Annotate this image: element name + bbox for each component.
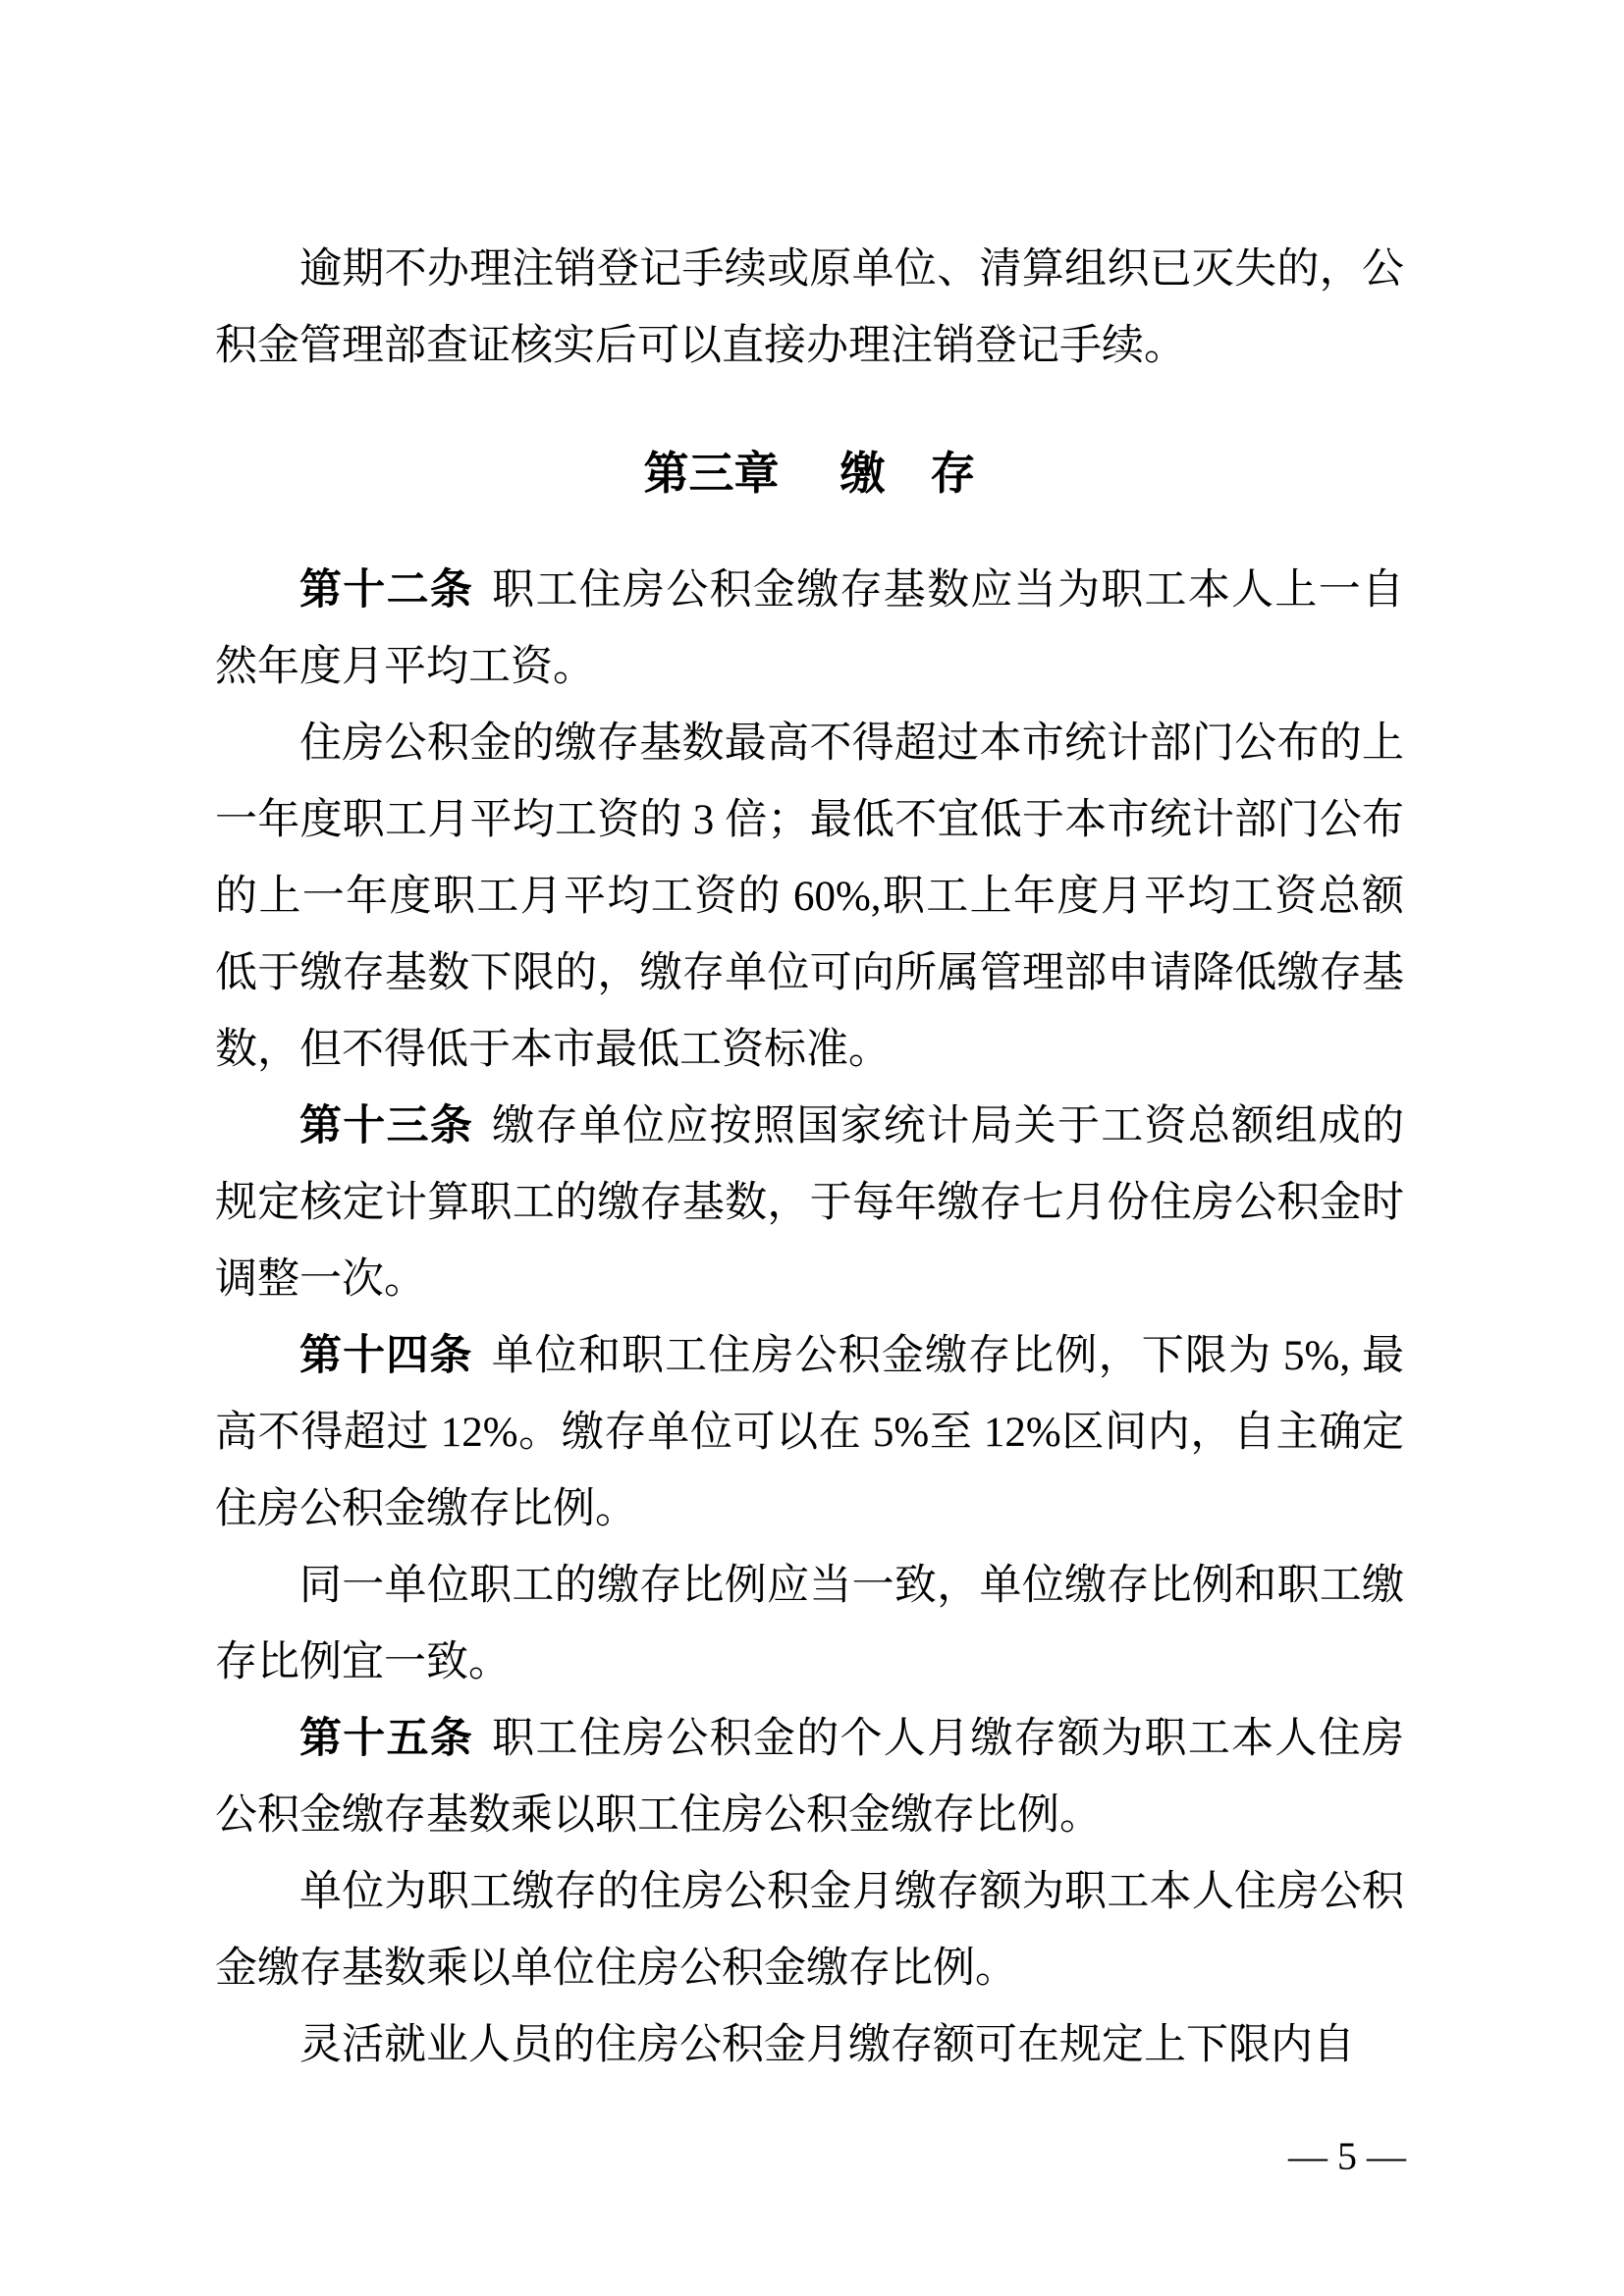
chapter-heading: 第三章缴 存 [215, 435, 1404, 511]
article-13-paragraph: 第十三条缴存单位应按照国家统计局关于工资总额组成的规定核定计算职工的缴存基数，于… [215, 1089, 1404, 1318]
article-14-paragraph: 第十四条单位和职工住房公积金缴存比例，下限为 5%, 最高不得超过 12%。缴存… [215, 1318, 1404, 1548]
article-15-paragraph-3: 灵活就业人员的住房公积金月缴存额可在规定上下限内自 [215, 2007, 1404, 2084]
article-15-number: 第十五条 [299, 1716, 473, 1762]
page-number: — 5 — [1288, 2137, 1406, 2176]
article-14-text-2: 同一单位职工的缴存比例应当一致，单位缴存比例和职工缴存比例宜一致。 [215, 1563, 1404, 1685]
article-12-paragraph: 第十二条职工住房公积金缴存基数应当为职工本人上一自然年度月平均工资。 [215, 553, 1404, 706]
intro-paragraph: 逾期不办理注销登记手续或原单位、清算组织已灭失的，公积金管理部查证核实后可以直接… [215, 232, 1404, 385]
article-15-text-3: 灵活就业人员的住房公积金月缴存额可在规定上下限内自 [299, 2022, 1355, 2068]
article-14-number: 第十四条 [299, 1333, 473, 1379]
chapter-number: 第三章 [644, 448, 780, 499]
article-12-number: 第十二条 [299, 567, 473, 614]
article-12-text-2: 住房公积金的缴存基数最高不得超过本市统计部门公布的上一年度职工月平均工资的 3 … [215, 721, 1404, 1073]
article-12-paragraph-2: 住房公积金的缴存基数最高不得超过本市统计部门公布的上一年度职工月平均工资的 3 … [215, 706, 1404, 1089]
article-13-number: 第十三条 [299, 1103, 473, 1149]
article-15-paragraph-2: 单位为职工缴存的住房公积金月缴存额为职工本人住房公积金缴存基数乘以单位住房公积金… [215, 1854, 1404, 2007]
document-page: 逾期不办理注销登记手续或原单位、清算组织已灭失的，公积金管理部查证核实后可以直接… [0, 0, 1624, 2296]
article-15-text-2: 单位为职工缴存的住房公积金月缴存额为职工本人住房公积金缴存基数乘以单位住房公积金… [215, 1869, 1404, 1992]
chapter-title: 缴 存 [840, 448, 976, 499]
article-15-paragraph: 第十五条职工住房公积金的个人月缴存额为职工本人住房公积金缴存基数乘以职工住房公积… [215, 1701, 1404, 1854]
article-14-paragraph-2: 同一单位职工的缴存比例应当一致，单位缴存比例和职工缴存比例宜一致。 [215, 1548, 1404, 1701]
